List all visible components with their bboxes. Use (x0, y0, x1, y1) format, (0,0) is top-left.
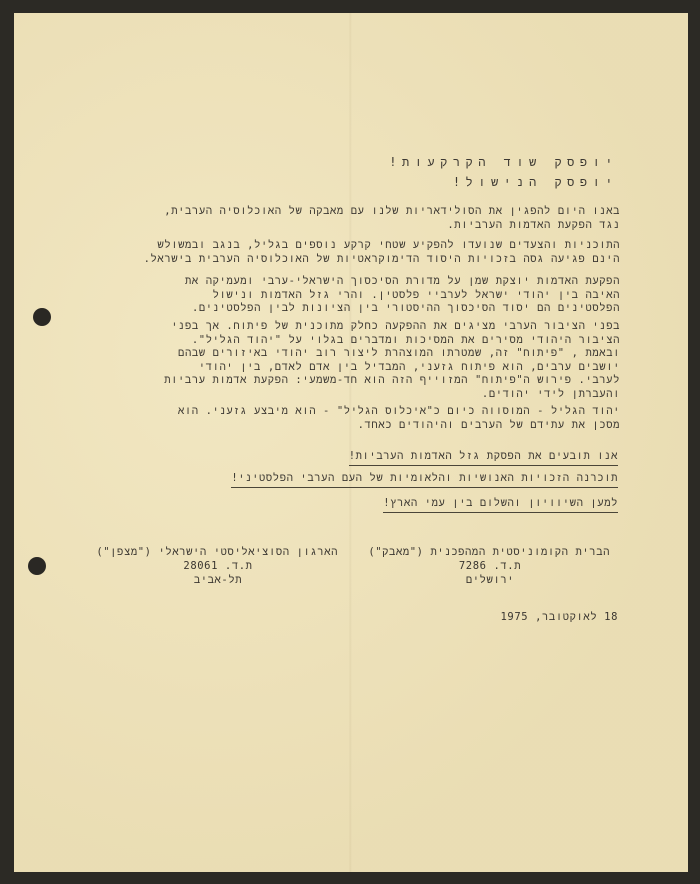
text-line: האיבה בין יהודי ישראל לערביי פלסטין. והר… (185, 289, 620, 303)
text-line: נגד הפקעת האדמות הערביות. (164, 219, 620, 233)
slogan-underlined: תוכרנה הזכויות האנושיות והלאומיות של העם… (231, 472, 618, 488)
text-line: באנו היום להפגין את הסולידאריות שלנו עם … (164, 205, 620, 219)
text-line: הציבור היהודי מסירים את המסיכות ומדברים … (164, 334, 620, 348)
text-line: והעברתן לידי יהודים. (164, 388, 620, 402)
title-line: יופסק שוד הקרקעות! (389, 152, 618, 172)
signatory-po-box: ת.ד. 28061 (98, 559, 338, 573)
text-line: בפני הציבור הערבי מציגים את ההפקעה כחלק … (164, 320, 620, 334)
text-line: התוכניות והצעדים שנועדו להפקיע שטחי קרקע… (144, 239, 620, 253)
document-page (14, 13, 688, 872)
signatory-city: תל-אביב (98, 573, 338, 587)
text-line: יהוד הגליל - המוסווה כיום כ"איכלוס הגליל… (178, 405, 620, 419)
signatory-maavak: הברית הקומוניסטית המהפכנית ("מאבק") ת.ד.… (370, 545, 610, 587)
text-line: מסכן את עתידם של הערבים והיהודים כאחד. (178, 419, 620, 433)
text-line: הפלסטינים הם יסוד הסיכסוך ההיסטורי בין ה… (185, 302, 620, 316)
slogan-underlined: אנו תובעים את הפסקת גזל האדמות הערביות! (349, 450, 618, 466)
signatory-po-box: ת.ד. 7286 (370, 559, 610, 573)
paragraph-solidarity: באנו היום להפגין את הסולידאריות שלנו עם … (164, 205, 620, 232)
text-line: ובאמת , "פיתוח" זה, שמטרתו המוצהרת ליצור… (164, 347, 620, 361)
paragraph-conflict: הפקעת האדמות יוצקת שמן על מדורת הסיכסוך … (185, 275, 620, 316)
signatory-city: ירושלים (370, 573, 610, 587)
slogan-underlined: למען השיוויון והשלום בין עמי הארץ! (383, 497, 618, 513)
paragraph-development: בפני הציבור הערבי מציגים את ההפקעה כחלק … (164, 320, 620, 402)
text-line: הינם פגיעה גסה בזכויות היסוד הדימוקראטיו… (144, 253, 620, 267)
signatory-matzpen: הארגון הסוציאליסטי הישראלי ("מצפן") ת.ד.… (98, 545, 338, 587)
paragraph-galilee: יהוד הגליל - המוסווה כיום כ"איכלוס הגליל… (178, 405, 620, 432)
document-title: יופסק שוד הקרקעות! יופסק הנישול! (389, 152, 618, 192)
text-line: יושבים ערבים, הוא פיתוח גזעני, המבדיל בי… (164, 361, 620, 375)
paragraph-plans: התוכניות והצעדים שנועדו להפקיע שטחי קרקע… (144, 239, 620, 266)
text-line: הפקעת האדמות יוצקת שמן על מדורת הסיכסוך … (185, 275, 620, 289)
text-line: לערבי. פירוש ה"פיתוח" המזוייף הזה הוא חד… (164, 374, 620, 388)
punch-hole (33, 308, 51, 326)
signatory-org: הברית הקומוניסטית המהפכנית ("מאבק") (370, 545, 610, 559)
title-line: יופסק הנישול! (389, 172, 618, 192)
signatory-org: הארגון הסוציאליסטי הישראלי ("מצפן") (98, 545, 338, 559)
punch-hole (28, 557, 46, 575)
document-date: 18 לאוקטובר, 1975 (500, 611, 618, 624)
